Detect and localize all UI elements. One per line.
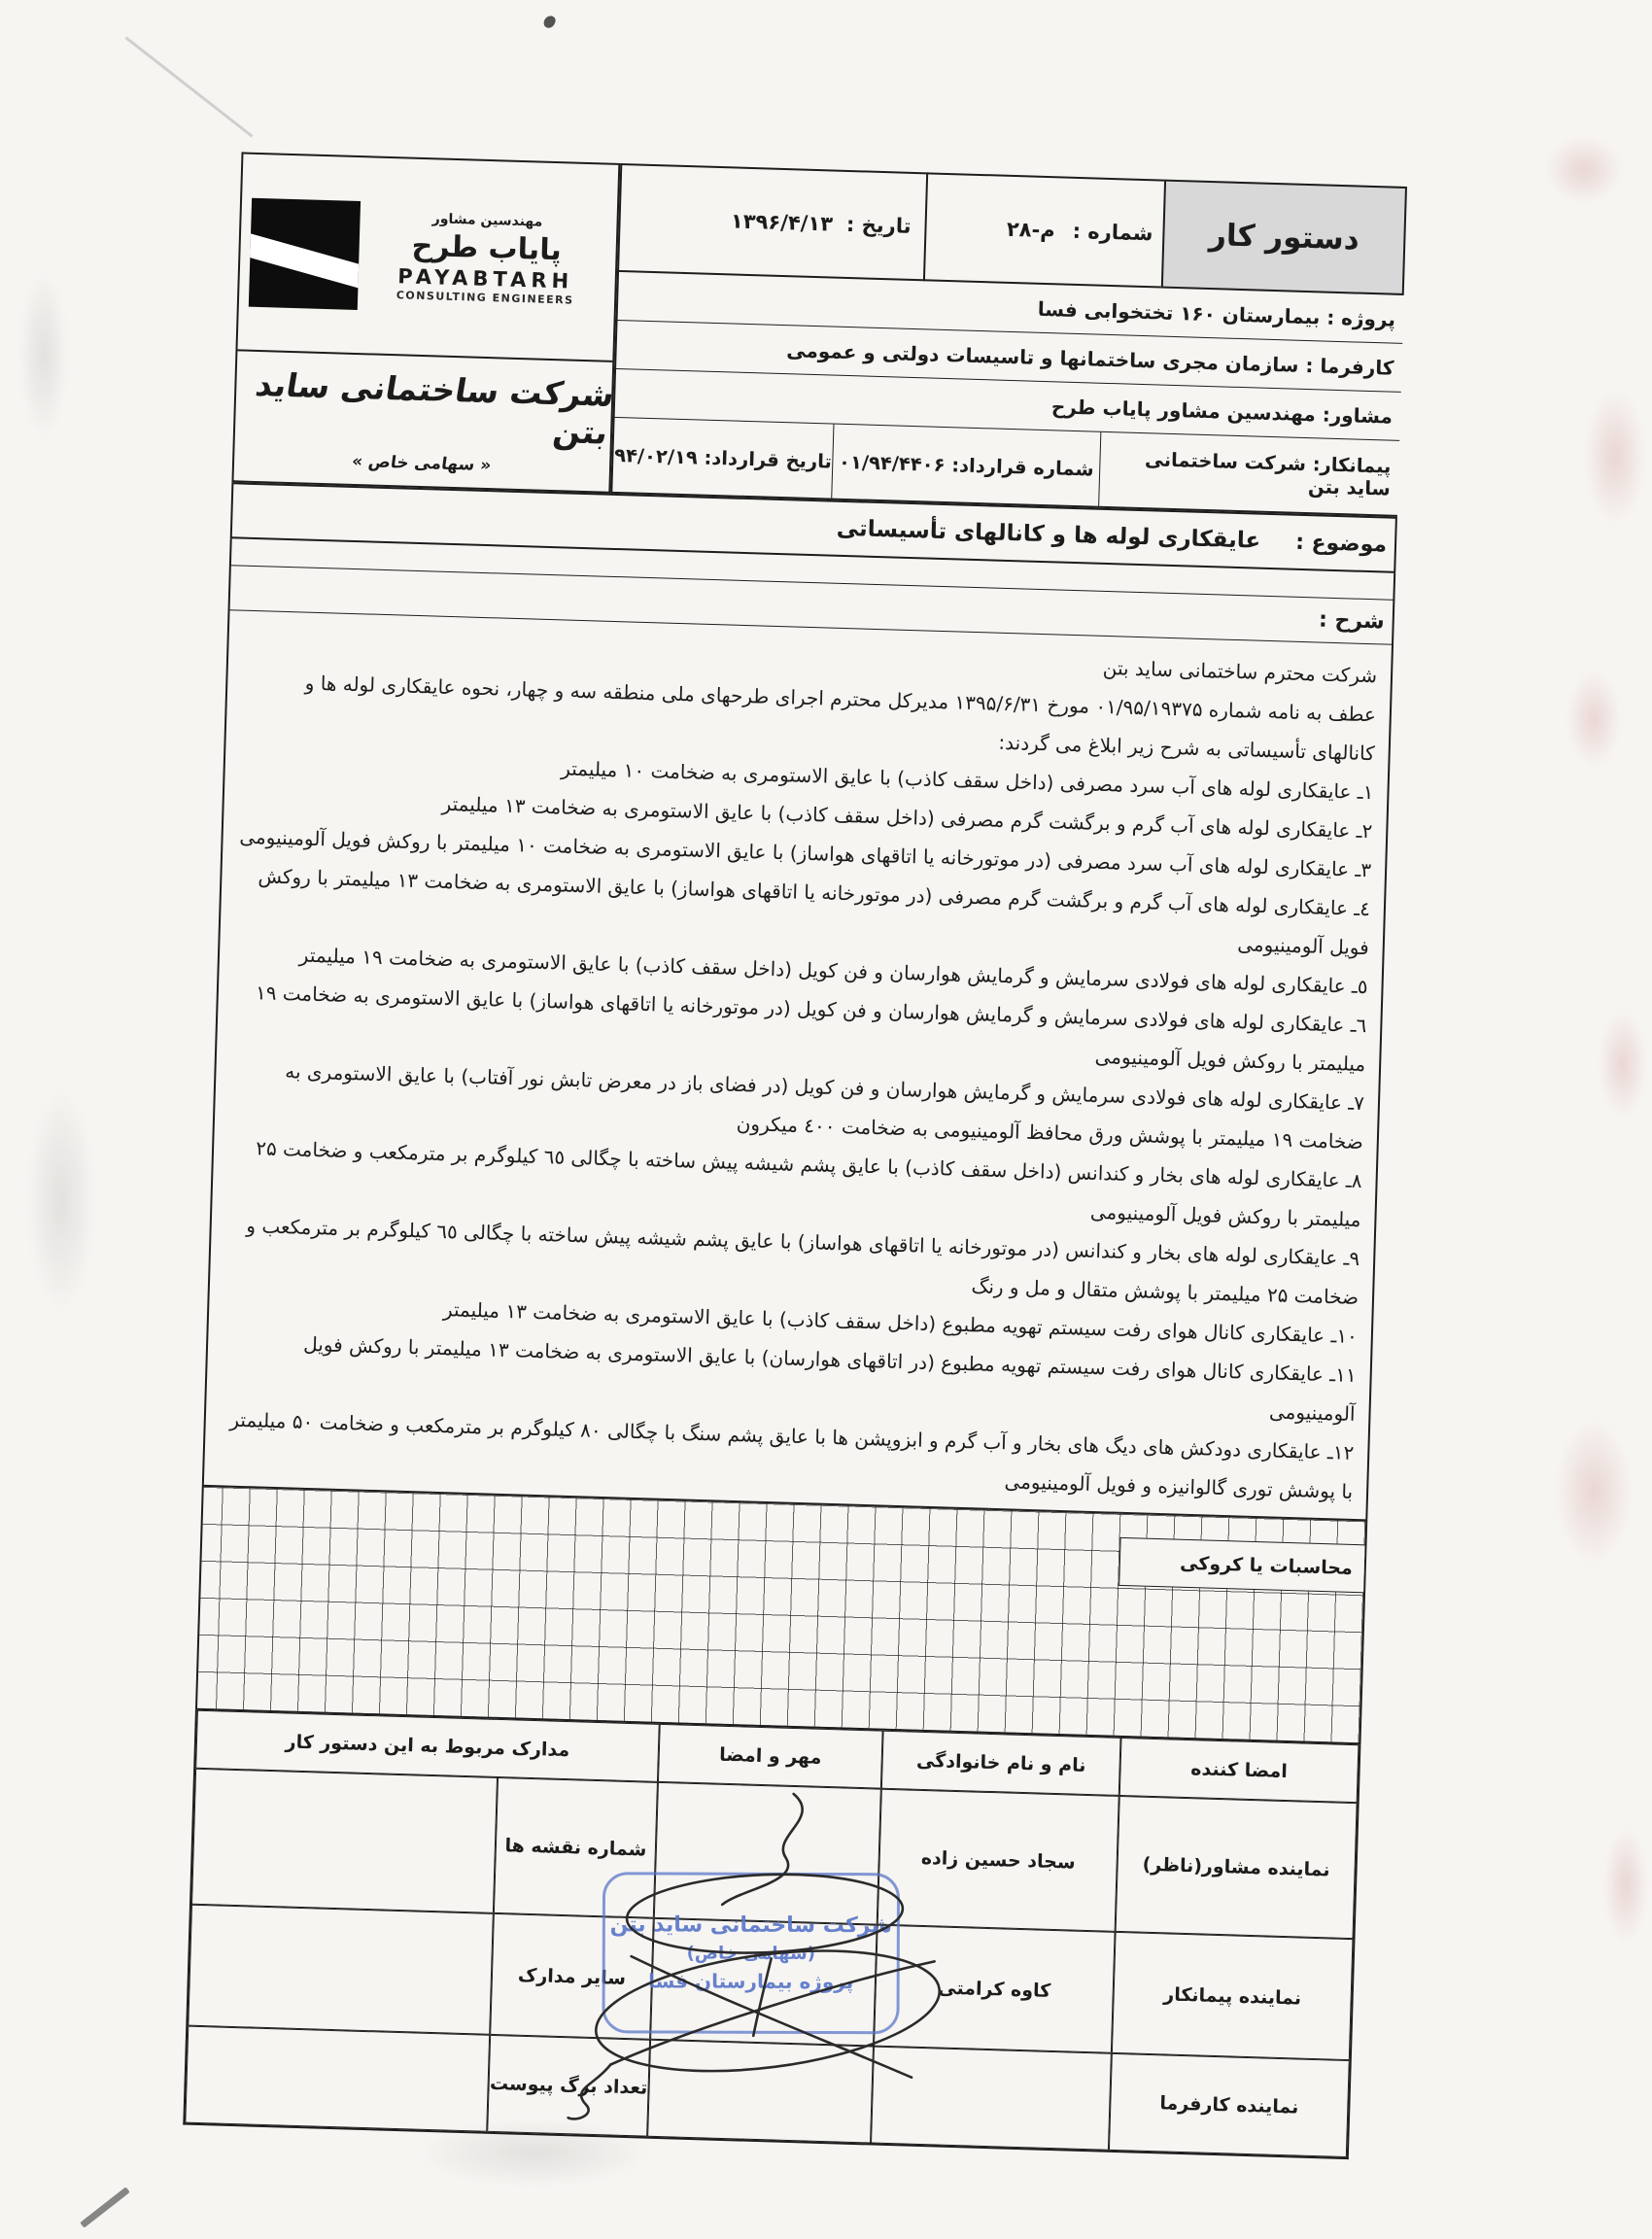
date-label: تاریخ : bbox=[846, 213, 912, 238]
date-cell: تاریخ : ۱۳۹۶/۴/۱۳ bbox=[617, 163, 926, 281]
col-header-stamp: مهر و امضا bbox=[658, 1724, 883, 1789]
contractor-text: پیمانکار: شرکت ساختمانی ساید بتن bbox=[1100, 447, 1392, 500]
signer-name-cell: کاوه کرامتی bbox=[874, 1925, 1116, 2053]
description-label: شرح : bbox=[1319, 608, 1385, 635]
payabtarh-logo-icon bbox=[249, 197, 361, 309]
contractor-calligraphy: شرکت ساختمانی ساید بتن bbox=[229, 364, 617, 451]
number-value: م-۲۸ bbox=[1007, 218, 1055, 242]
description-body: شرکت محترم ساختمانی ساید بتن عطف به نامه… bbox=[202, 610, 1394, 1519]
contract-number-text: شماره قرارداد: ۰۱/۹۴/۴۴۰۶ bbox=[839, 450, 1094, 480]
sketch-grid-label-text: محاسبات یا کروکی bbox=[1180, 1553, 1353, 1579]
scan-smudge bbox=[1545, 136, 1623, 204]
date-value: ۱۳۹۶/۴/۱۳ bbox=[731, 209, 834, 235]
contract-number-cell: شماره قرارداد: ۰۱/۹۴/۴۴۰۶ bbox=[832, 425, 1101, 506]
stamp-line2: (سهامی خاص) bbox=[687, 1944, 815, 1964]
number-cell: شماره : م-۲۸ bbox=[923, 172, 1164, 288]
form-header: دستور کار شماره : م-۲۸ تاریخ : ۱۳۹۶/۴/۱۳… bbox=[231, 152, 1407, 516]
client-text: کارفرما : سازمان مجری ساختمانها و تاسیسا… bbox=[786, 338, 1394, 380]
sketch-grid-label: محاسبات یا کروکی bbox=[1119, 1537, 1364, 1593]
col-header-name: نام و نام خانوادگی bbox=[881, 1731, 1121, 1796]
sketch-grid: محاسبات یا کروکی bbox=[195, 1485, 1367, 1744]
form-title: دستور کار bbox=[1161, 180, 1407, 295]
subject-label: موضوع : bbox=[1295, 530, 1388, 557]
stamp-signature-cell bbox=[647, 2040, 874, 2144]
form-title-text: دستور کار bbox=[1209, 218, 1360, 258]
scan-smudge bbox=[1555, 1419, 1633, 1565]
signer-role-cell: نماینده کارفرما bbox=[1109, 2053, 1350, 2157]
logo-column: مهندسین مشاور پایاب طرح PAYABTARH CONSUL… bbox=[231, 152, 620, 493]
scanned-work-order-page: دستور کار شماره : م-۲۸ تاریخ : ۱۳۹۶/۴/۱۳… bbox=[0, 0, 1652, 2239]
doc-value-cell bbox=[191, 1769, 498, 1913]
scan-smudge bbox=[1584, 389, 1646, 525]
doc-label-cell: تعداد برگ پیوست bbox=[487, 2035, 650, 2137]
contract-date-text: تاریخ قرارداد: ۹۴/۰۲/۱۹ bbox=[614, 443, 832, 472]
doc-value-cell bbox=[188, 1905, 494, 2035]
work-order-form: دستور کار شماره : م-۲۸ تاریخ : ۱۳۹۶/۴/۱۳… bbox=[183, 152, 1407, 2159]
header-title-row: دستور کار شماره : م-۲۸ تاریخ : ۱۳۹۶/۴/۱۳ bbox=[617, 163, 1407, 295]
signer-name-cell: سجاد حسین زاده bbox=[878, 1789, 1119, 1932]
scan-smudge bbox=[1566, 671, 1621, 768]
consultant-logo-box: مهندسین مشاور پایاب طرح PAYABTARH CONSUL… bbox=[237, 154, 618, 362]
doc-value-cell bbox=[185, 2026, 490, 2132]
stamp-line1: شرکت ساختمانی ساید بتن bbox=[610, 1912, 893, 1938]
corner-fold-mark bbox=[125, 37, 254, 138]
contractor-name-box: شرکت ساختمانی ساید بتن « سهامی خاص » bbox=[234, 351, 613, 491]
scan-smudge bbox=[27, 1088, 95, 1312]
consultant-text: مشاور: مهندسین مشاور پایاب طرح bbox=[1051, 395, 1394, 428]
logo-stripe bbox=[249, 229, 361, 293]
scan-smudge bbox=[1599, 1011, 1647, 1118]
header-fields: دستور کار شماره : م-۲۸ تاریخ : ۱۳۹۶/۴/۱۳… bbox=[610, 163, 1407, 517]
signer-name-cell bbox=[871, 2047, 1112, 2151]
signature-section: امضا کننده نام و نام خانوادگی مهر و امضا… bbox=[183, 1710, 1360, 2159]
scan-smudge bbox=[1603, 1827, 1648, 1944]
signer-role-cell: نماینده پیمانکار bbox=[1112, 1932, 1354, 2060]
contractor-company-type: « سهامی خاص » bbox=[351, 451, 493, 474]
subject-value: عایقکاری لوله ها و کانالهای تأسیساتی bbox=[836, 516, 1260, 554]
col-header-signer: امضا کننده bbox=[1119, 1738, 1359, 1803]
scan-mark bbox=[80, 2187, 130, 2227]
logo-text-stack: مهندسین مشاور پایاب طرح PAYABTARH CONSUL… bbox=[361, 209, 611, 308]
number-label: شماره : bbox=[1072, 220, 1153, 245]
signer-role-cell: نماینده مشاور(ناظر) bbox=[1116, 1796, 1358, 1939]
contractor-cell: پیمانکار: شرکت ساختمانی ساید بتن bbox=[1099, 432, 1399, 515]
project-text: پروژه : بیمارستان ۱۶۰ تختخوابی فسا bbox=[1037, 296, 1395, 330]
contract-date-cell: تاریخ قرارداد: ۹۴/۰۲/۱۹ bbox=[612, 418, 834, 499]
stamp-line3: پروژه بیمارستان فسا bbox=[648, 1969, 853, 1993]
contractor-stamp: شرکت ساختمانی ساید بتن (سهامی خاص) پروژه… bbox=[602, 1872, 900, 2034]
ink-speck bbox=[542, 14, 557, 29]
scan-smudge bbox=[19, 272, 68, 437]
